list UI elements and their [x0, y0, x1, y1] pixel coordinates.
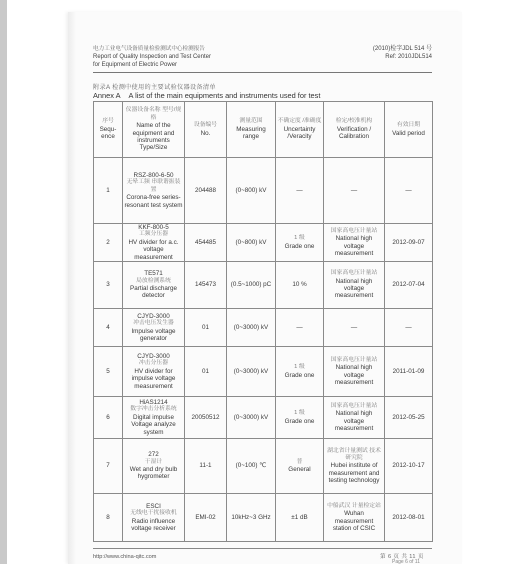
- cell-equipment-number: 454485: [185, 224, 227, 262]
- calibration-en: Hubei institute of measurement and testi…: [325, 462, 383, 484]
- table-header-row: 序号Sequ-ence 仪器设备名称 型号/规格Name of the equi…: [94, 102, 433, 158]
- cell-equipment-number: 145473: [185, 262, 227, 309]
- footer-divider: [93, 548, 432, 549]
- equipment-name-cn: 无晕工频 串联谐振装置: [124, 179, 183, 194]
- table-row: 2KKF-800-5工频分压器HV divider for a.c. volta…: [94, 224, 433, 262]
- cell-sequence: 3: [94, 262, 123, 309]
- equipment-name-en: Partial discharge detector: [124, 285, 183, 300]
- equipment-name-en: Impulse voltage generator: [124, 328, 183, 343]
- uncertainty-en: Grade one: [277, 418, 322, 425]
- cell-sequence: 6: [94, 397, 123, 439]
- cell-valid-period: 2012-08-01: [385, 494, 433, 542]
- cell-valid-period: —: [385, 309, 433, 347]
- cell-uncertainty: —: [276, 309, 324, 347]
- equipment-table: 序号Sequ-ence 仪器设备名称 型号/规格Name of the equi…: [93, 101, 433, 542]
- cell-valid-period: 2011-01-09: [385, 347, 433, 397]
- calibration-en: National high voltage measurement: [325, 364, 383, 386]
- calibration-cn: 湖北省计量测试 技术研究院: [325, 448, 383, 463]
- uncertainty-en: 10 %: [277, 281, 322, 288]
- calibration-en: National high voltage measurement: [325, 278, 383, 300]
- cell-equipment-name: TE571局放检测系统Partial discharge detector: [123, 262, 185, 309]
- table-row: 5CJYD-3000冲击分压器HV divider for impulse vo…: [94, 347, 433, 397]
- equipment-model: 272: [124, 451, 183, 458]
- table-row: 8ESCI无线电干扰接收机Radio influence voltage rec…: [94, 494, 433, 542]
- equipment-name-cn: 数字冲击分析系统: [124, 406, 183, 413]
- col-header-calibration: 检定/校准机构Verification / Calibration: [324, 102, 385, 158]
- col-header-number: 设备编号No.: [185, 102, 227, 158]
- cell-measuring-range: (0~800) kV: [227, 158, 276, 224]
- calibration-cn: 国家高电压计量站: [325, 228, 383, 235]
- calibration-cn: 国家高电压计量站: [325, 403, 383, 410]
- col-header-uncertainty: 不确定度 /准确度Uncertainty /Veracity: [276, 102, 324, 158]
- equipment-name-en: Corona-free series-resonant test system: [124, 194, 183, 209]
- issuer-en-line1: Report of Quality Inspection and Test Ce…: [93, 53, 313, 61]
- equipment-name-cn: 无线电干扰接收机: [124, 510, 183, 517]
- equipment-model: ESCI: [124, 503, 183, 510]
- cell-equipment-number: EMI-02: [185, 494, 227, 542]
- cell-sequence: 5: [94, 347, 123, 397]
- report-reference: (2010)检字JDL 514 号 Ref: 2010JDL514: [340, 45, 432, 61]
- cell-equipment-number: 204488: [185, 158, 227, 224]
- cell-calibration: —: [324, 309, 385, 347]
- annex-title-cn: 附录A 检测中使用的主要试验仪器设备清单: [93, 82, 216, 91]
- annex-title-en: Annex AA list of the main equipments and…: [93, 91, 320, 100]
- equipment-name-cn: 干湿计: [124, 459, 183, 466]
- calibration-en: Wuhan measurement station of CSIC: [325, 510, 383, 532]
- cell-valid-period: —: [385, 158, 433, 224]
- uncertainty-en: General: [277, 466, 322, 473]
- cell-equipment-number: 11-1: [185, 439, 227, 494]
- cell-equipment-name: KKF-800-5工频分压器HV divider for a.c. voltag…: [123, 224, 185, 262]
- cell-sequence: 4: [94, 309, 123, 347]
- cell-measuring-range: 10kHz~3 GHz: [227, 494, 276, 542]
- uncertainty-en: Grade one: [277, 243, 322, 250]
- cell-calibration: 中船武汉 计量检定站Wuhan measurement station of C…: [324, 494, 385, 542]
- header-divider: [93, 72, 432, 73]
- equipment-name-cn: 冲击分压器: [124, 360, 183, 367]
- table-row: 6HiAS1214数字冲击分析系统Digital impulse Voltage…: [94, 397, 433, 439]
- calibration-cn: 中船武汉 计量检定站: [325, 503, 383, 510]
- cell-calibration: —: [324, 158, 385, 224]
- cell-sequence: 8: [94, 494, 123, 542]
- equipment-name-en: Wet and dry bulb hygrometer: [124, 466, 183, 481]
- report-ref-en: Ref: 2010JDL514: [340, 53, 432, 61]
- cell-measuring-range: (0~3000) kV: [227, 397, 276, 439]
- cell-equipment-name: ESCI无线电干扰接收机Radio influence voltage rece…: [123, 494, 185, 542]
- cell-valid-period: 2012-05-25: [385, 397, 433, 439]
- cell-equipment-name: RSZ-800-6-50无晕工频 串联谐振装置Corona-free serie…: [123, 158, 185, 224]
- cell-calibration: 国家高电压计量站National high voltage measuremen…: [324, 224, 385, 262]
- cell-uncertainty: 普General: [276, 439, 324, 494]
- cell-equipment-number: 20050512: [185, 397, 227, 439]
- cell-valid-period: 2012-10-17: [385, 439, 433, 494]
- cell-measuring-range: (0.5~1000) pC: [227, 262, 276, 309]
- cell-equipment-number: 01: [185, 309, 227, 347]
- cell-sequence: 7: [94, 439, 123, 494]
- cell-valid-period: 2012-07-04: [385, 262, 433, 309]
- col-header-range: 测量范围Measuring range: [227, 102, 276, 158]
- equipment-name-cn: 冲击电压发生器: [124, 320, 183, 327]
- equipment-model: CJYD-3000: [124, 313, 183, 320]
- table-row: 1RSZ-800-6-50无晕工频 串联谐振装置Corona-free seri…: [94, 158, 433, 224]
- page-number-en: Page 6 of 11: [392, 559, 420, 564]
- cell-sequence: 2: [94, 224, 123, 262]
- col-header-sequence: 序号Sequ-ence: [94, 102, 123, 158]
- footer-url: http://www.china-qitc.com: [93, 554, 156, 560]
- equipment-name-en: HV divider for impulse voltage measureme…: [124, 368, 183, 390]
- equipment-model: TE571: [124, 270, 183, 277]
- calibration-cn: 国家高电压计量站: [325, 357, 383, 364]
- uncertainty-en: —: [277, 324, 322, 331]
- issuer-cn: 电力工业电气设备质量检验测试中心检测报告: [93, 45, 313, 53]
- uncertainty-cn: 普: [277, 459, 322, 466]
- table-row: 7272干湿计Wet and dry bulb hygrometer11-1(0…: [94, 439, 433, 494]
- cell-uncertainty: 1 级Grade one: [276, 224, 324, 262]
- equipment-name-cn: 工频分压器: [124, 231, 183, 238]
- cell-measuring-range: (0~3000) kV: [227, 309, 276, 347]
- cell-measuring-range: (0~800) kV: [227, 224, 276, 262]
- cell-measuring-range: (0~3000) kV: [227, 347, 276, 397]
- uncertainty-en: Grade one: [277, 372, 322, 379]
- calibration-en: —: [325, 187, 383, 194]
- annex-title-text: A list of the main equipments and instru…: [129, 91, 321, 100]
- viewer-left-border: [0, 0, 7, 564]
- calibration-en: National high voltage measurement: [325, 235, 383, 257]
- cell-equipment-name: 272干湿计Wet and dry bulb hygrometer: [123, 439, 185, 494]
- uncertainty-cn: 1 级: [277, 235, 322, 242]
- equipment-name-en: HV divider for a.c. voltage measurement: [124, 239, 183, 261]
- cell-measuring-range: (0~100) ℃: [227, 439, 276, 494]
- table-row: 4CJYD-3000冲击电压发生器Impulse voltage generat…: [94, 309, 433, 347]
- equipment-name-en: Digital impulse Voltage analyze system: [124, 414, 183, 436]
- report-number-cn: (2010)检字JDL 514 号: [340, 45, 432, 53]
- cell-equipment-name: HiAS1214数字冲击分析系统Digital impulse Voltage …: [123, 397, 185, 439]
- col-header-valid-period: 有效日期Valid period: [385, 102, 433, 158]
- cell-valid-period: 2012-09-07: [385, 224, 433, 262]
- cell-calibration: 湖北省计量测试 技术研究院Hubei institute of measurem…: [324, 439, 385, 494]
- cell-calibration: 国家高电压计量站National high voltage measuremen…: [324, 347, 385, 397]
- cell-uncertainty: 1 级Grade one: [276, 397, 324, 439]
- cell-uncertainty: —: [276, 158, 324, 224]
- table-row: 3TE571局放检测系统Partial discharge detector14…: [94, 262, 433, 309]
- cell-equipment-name: CJYD-3000冲击电压发生器Impulse voltage generato…: [123, 309, 185, 347]
- cell-uncertainty: ±1 dB: [276, 494, 324, 542]
- calibration-en: —: [325, 324, 383, 331]
- cell-sequence: 1: [94, 158, 123, 224]
- uncertainty-en: ±1 dB: [277, 514, 322, 521]
- uncertainty-cn: 1 级: [277, 410, 322, 417]
- uncertainty-cn: 1 级: [277, 364, 322, 371]
- report-issuer: 电力工业电气设备质量检验测试中心检测报告 Report of Quality I…: [93, 45, 313, 69]
- cell-calibration: 国家高电压计量站National high voltage measuremen…: [324, 262, 385, 309]
- equipment-name-cn: 局放检测系统: [124, 278, 183, 285]
- equipment-name-en: Radio influence voltage receiver: [124, 518, 183, 533]
- page-edge-shadow: [68, 12, 76, 564]
- cell-calibration: 国家高电压计量站National high voltage measuremen…: [324, 397, 385, 439]
- calibration-cn: 国家高电压计量站: [325, 270, 383, 277]
- cell-equipment-number: 01: [185, 347, 227, 397]
- uncertainty-en: —: [277, 187, 322, 194]
- cell-equipment-name: CJYD-3000冲击分压器HV divider for impulse vol…: [123, 347, 185, 397]
- issuer-en-line2: for Equipment of Electric Power: [93, 61, 313, 69]
- cell-uncertainty: 1 级Grade one: [276, 347, 324, 397]
- cell-uncertainty: 10 %: [276, 262, 324, 309]
- annex-label: Annex A: [93, 91, 121, 100]
- col-header-name: 仪器设备名称 型号/规格Name of the equipment and in…: [123, 102, 185, 158]
- calibration-en: National high voltage measurement: [325, 410, 383, 432]
